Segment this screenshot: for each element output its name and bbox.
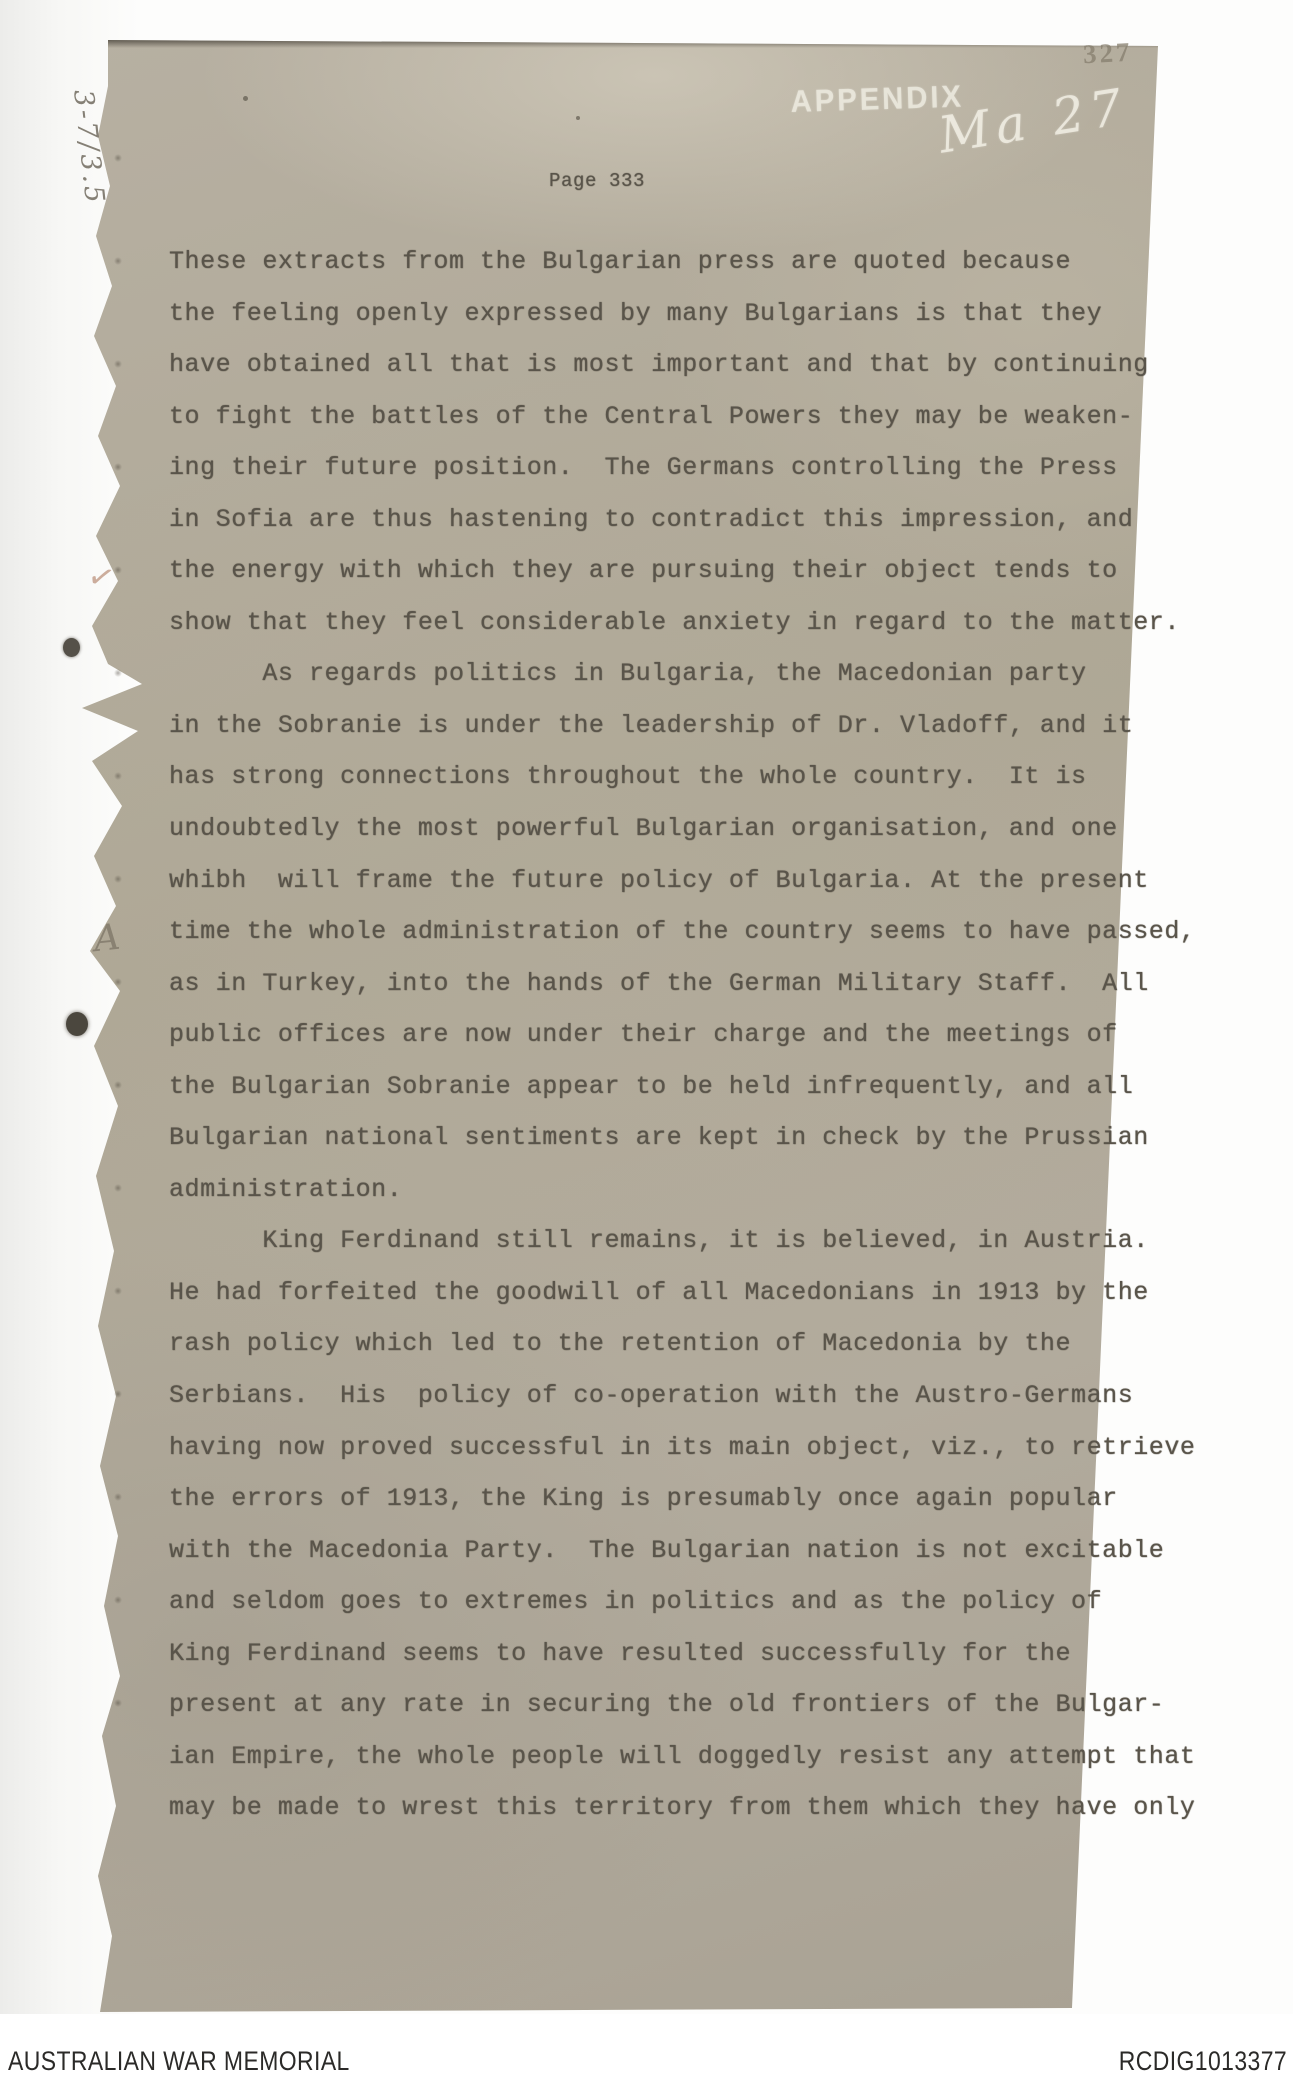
typed-line: have obtained all that is most important… [169, 339, 1195, 391]
typed-line: in the Sobranie is under the leadership … [169, 700, 1195, 752]
typed-line: ian Empire, the whole people will dogged… [169, 1731, 1195, 1783]
ink-blot [66, 1012, 88, 1036]
typed-line: the feeling openly expressed by many Bul… [169, 288, 1195, 340]
margin-letter-mark: A [92, 917, 122, 960]
typed-line: He had forfeited the goodwill of all Mac… [169, 1267, 1195, 1319]
typed-line: has strong connections throughout the wh… [169, 751, 1195, 803]
typed-line: the energy with which they are pursuing … [169, 545, 1195, 597]
typed-line: King Ferdinand still remains, it is beli… [169, 1215, 1195, 1267]
corner-page-number: 327 [1082, 37, 1133, 71]
typed-line: undoubtedly the most powerful Bulgarian … [169, 803, 1195, 855]
paper-speck [243, 96, 248, 101]
typed-line: Serbians. His policy of co-operation wit… [169, 1370, 1195, 1422]
typed-line: and seldom goes to extremes in politics … [169, 1576, 1195, 1628]
typed-line: as in Turkey, into the hands of the Germ… [169, 958, 1195, 1010]
typed-line: present at any rate in securing the old … [169, 1679, 1195, 1731]
typed-line: whibh will frame the future policy of Bu… [169, 855, 1195, 907]
typewritten-body-text: These extracts from the Bulgarian press … [169, 236, 1195, 1834]
typed-line: ing their future position. The Germans c… [169, 442, 1195, 494]
typed-line: administration. [169, 1164, 1195, 1216]
scanned-document-page: 327 APPENDIX Ma 27 3-7/3.5 ✓ A Page 333 … [0, 0, 1293, 2082]
typed-line: having now proved successful in its main… [169, 1422, 1195, 1474]
typed-line: These extracts from the Bulgarian press … [169, 236, 1195, 288]
margin-pencil-annotation: 3-7/3.5 [67, 88, 110, 207]
page-number-label: Page 333 [549, 170, 645, 192]
typed-line: show that they feel considerable anxiety… [169, 597, 1195, 649]
typed-line: the errors of 1913, the King is presumab… [169, 1473, 1195, 1525]
typed-line: public offices are now under their charg… [169, 1009, 1195, 1061]
archive-name-label: AUSTRALIAN WAR MEMORIAL [8, 2046, 350, 2077]
typed-line: with the Macedonia Party. The Bulgarian … [169, 1525, 1195, 1577]
typed-line: rash policy which led to the retention o… [169, 1318, 1195, 1370]
typed-line: the Bulgarian Sobranie appear to be held… [169, 1061, 1195, 1113]
typed-line: Bulgarian national sentiments are kept i… [169, 1112, 1195, 1164]
paper-speck [576, 116, 580, 120]
archive-reference-id: RCDIG1013377 [1119, 2046, 1287, 2077]
typed-line: may be made to wrest this territory from… [169, 1782, 1195, 1834]
ink-blot [63, 638, 80, 657]
typed-line: time the whole administration of the cou… [169, 906, 1195, 958]
typed-line: in Sofia are thus hastening to contradic… [169, 494, 1195, 546]
typed-line: As regards politics in Bulgaria, the Mac… [169, 648, 1195, 700]
typed-line: to fight the battles of the Central Powe… [169, 391, 1195, 443]
typed-line: King Ferdinand seems to have resulted su… [169, 1628, 1195, 1680]
